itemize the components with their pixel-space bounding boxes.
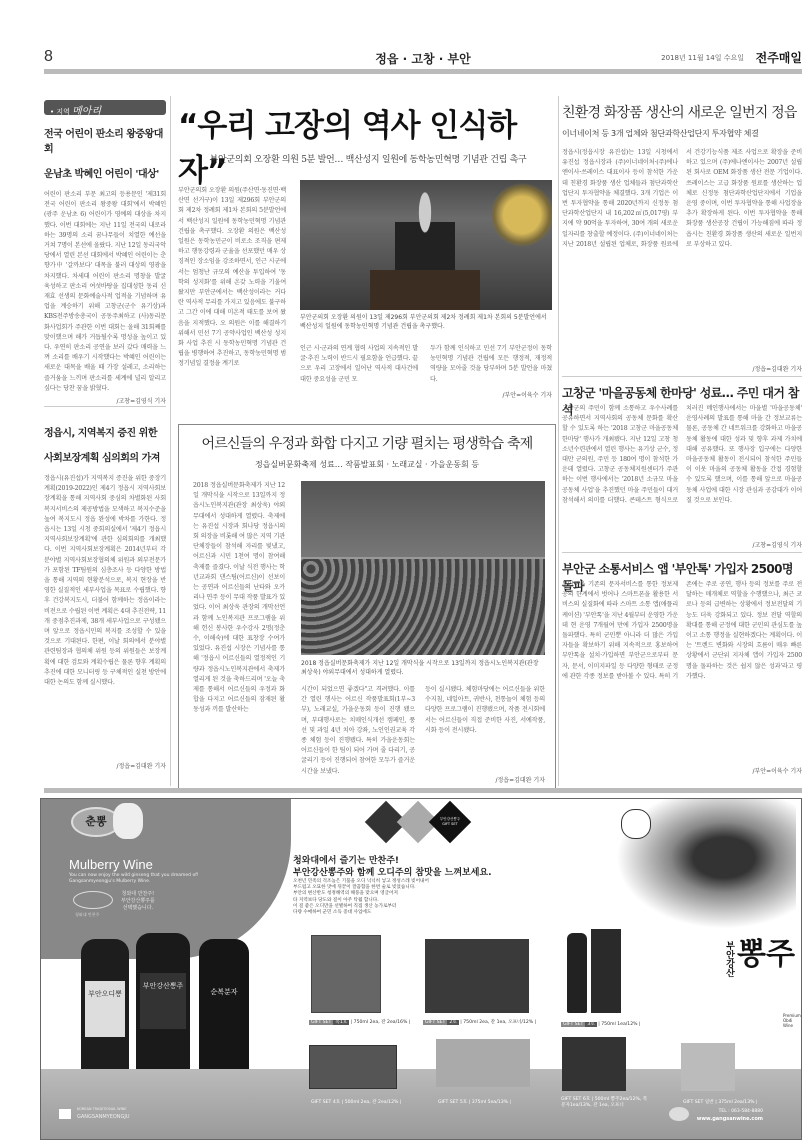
- article-body: 어린이 판소리 부문 최고의 등용문인 '제31회 전국 어린이 판소리 왕중왕…: [44, 190, 166, 396]
- article-body-col3: 등이 실시됐다. 체험마당에는 어르신들을 위한 수지침, 네일아트, 귀반사,…: [425, 685, 545, 769]
- article-box-silver-festival: 어르신들의 우정과 화합 다지고 기량 펼치는 평생학습 축제 정읍실버문화축제…: [178, 424, 556, 790]
- mascot-icon: [113, 803, 143, 839]
- podium: [370, 270, 480, 310]
- byline: /부안=이육수 기자: [690, 766, 802, 775]
- byline: /부안=이육수 기자: [430, 390, 552, 399]
- header-rule: [44, 69, 802, 74]
- article-body: 정읍시(유진섭)가 지역복지 증진을 위한 중장기 계획(2019-2022)인…: [44, 474, 166, 757]
- article-title-2: 사회보장계획 심의회의 가져: [44, 449, 166, 464]
- byline: /정읍=김대완 기자: [425, 775, 545, 784]
- article-title: 어르신들의 우정과 화합 다지고 기량 펼치는 평생학습 축제: [179, 433, 555, 453]
- article-title: 전국 어린이 판소리 왕중왕대회: [44, 125, 166, 155]
- article-body-col3: 두가 함께 인식하고 민선 7기 부안군정이 동학농민혁명 기념관 건립에 모든…: [430, 344, 552, 386]
- ad-description: 오천년 민족의 격조높은 기품을 오디 넉넉히 넣고 정성스레 빚어내어 부드럽…: [293, 879, 543, 916]
- byline: /정읍=김대완 기자: [44, 761, 166, 770]
- byline: /고창=김영식 기자: [690, 540, 802, 549]
- article-welfare: 정읍시, 지역복지 증진 위한 사회보장계획 심의회의 가져 정읍시(유진섭)가…: [44, 424, 166, 770]
- bottle-bokbunja: 순복분자: [199, 939, 249, 1081]
- mulberry-wine-advertisement: 춘뽕 Mulberry Wine You can now enjoy the w…: [40, 798, 802, 1140]
- headline: “우리 고장의 역사 인식하자”: [178, 100, 558, 190]
- giftset-5-image: [436, 1039, 530, 1087]
- issue-date: 2018년 11월 14일 수요일: [661, 53, 744, 63]
- section-tag: • 지역 메아리: [44, 100, 166, 115]
- stage-backdrop: [301, 481, 545, 559]
- emblem: [492, 180, 552, 250]
- byline: /정읍=김대완 기자: [690, 364, 802, 373]
- contact-tel: TEL : 063-584-8880: [693, 1109, 763, 1114]
- mascot-icon: [621, 809, 651, 839]
- article-body-col2: 시간이 되었으면 좋겠다"고 격려했다. 이틀간 열린 행사는 어르신 작품발표…: [301, 685, 415, 781]
- bottle-odi: 부안오디뽕: [81, 939, 129, 1081]
- photo-caption: 2018 정읍실버문화축제가 지난 12일 개막식을 시작으로 13일까지 정읍…: [301, 659, 545, 677]
- article-title-2: 운남초 박혜인 어린이 '대상': [44, 165, 166, 180]
- article-body-col1: 2018 정읍실버문화축제가 지난 12일 개막식을 시작으로 13일까지 정읍…: [193, 481, 285, 777]
- bottle-gangsan: 부안강산뽕주: [136, 933, 190, 1081]
- divider: [562, 552, 802, 553]
- article-pansori: 전국 어린이 판소리 왕중왕대회 운남초 박혜인 어린이 '대상' 어린이 판소…: [44, 125, 166, 405]
- giftset-4-image: [309, 1045, 397, 1089]
- giftset-label: GIFT SET복1호 | 750ml 2ea, 잔 2ea/16% |: [309, 1019, 410, 1025]
- page-header: 8 정읍 · 고창 · 부안 2018년 11월 14일 수요일 전주매일: [44, 48, 802, 68]
- giftset-label: GIFT SET 5호 | 375ml 5ea/13% |: [438, 1099, 511, 1105]
- company-website[interactable]: www.gangsanwine.com: [693, 1116, 763, 1122]
- article-title: 친환경 화장품 생산의 새로운 일번지 정읍: [562, 102, 802, 122]
- column-divider: [558, 96, 559, 786]
- mountain-logo-icon: [59, 1109, 71, 1119]
- divider: [44, 406, 166, 407]
- giftset-1-image: [311, 935, 381, 1013]
- divider: [562, 376, 802, 377]
- ad-headline-2: 부안강산뽕주와 함께 오디주의 참맛을 느껴보세요.: [293, 865, 492, 878]
- column-divider: [170, 96, 171, 786]
- tagline-en-1: You can now enjoy the wild ginseng that …: [69, 873, 199, 878]
- byline: /고창=김영식 기자: [44, 396, 166, 405]
- article-body: 고창군의 주민이 함께 소통하고 우수사례를 공유하면서 지역사회의 공동체 문…: [562, 404, 802, 534]
- bluehouse-text: 청와대 만찬주! 부안강산뽕주를 선택했습니다.: [121, 891, 155, 912]
- giftset-label: GIFT SET2호 | 750ml 2ea, 잔 1ea, 오프너/12% |: [423, 1019, 536, 1025]
- giftset-label: GIFT SET3호 | 750ml 1ea/12% |: [561, 1021, 641, 1027]
- giftset-label: GIFT SET 4호 | 500ml 2ea, 잔 2ea/12% |: [311, 1099, 401, 1105]
- council-member-photo: [300, 180, 552, 310]
- subheadline: 부안군의회 오장환 의원 5분 발언… 백산성지 일원에 동학농민혁명 기념관 …: [178, 152, 558, 165]
- giftset-6-image: [562, 1037, 626, 1091]
- bluehouse-emblem-icon: [73, 891, 113, 909]
- giftset-3-bottle: [567, 933, 587, 1013]
- giftset-3-box: [591, 929, 621, 1013]
- festival-photo: [301, 481, 545, 655]
- publication-name: 전주매일: [756, 49, 802, 66]
- article-subtitle: 이너네이처 등 3개 업체와 첨단과학산업단지 투자협약 체결: [562, 128, 802, 139]
- tag-label: 메아리: [72, 106, 101, 117]
- article-body-col2: 인근 시·군과의 연계 협력 사업의 지속적인 발굴·추진 노력이 반드시 필요…: [300, 344, 418, 404]
- bullet-icon: •: [50, 108, 54, 116]
- calligraphy-big: 뽕주: [737, 939, 797, 971]
- brand-name: Mulberry Wine: [69, 857, 153, 872]
- article-body: 정읍시(정읍시장 유진섭)는 13일 시청에서 유진섭 정읍시장과 (주)이너네…: [562, 148, 802, 366]
- giftset-label: GIFT SET 일반 | 375ml 2ea/13% |: [683, 1099, 758, 1105]
- photo-caption: 부안군의회 오장환 의원이 13일 제296회 부안군의회 제2차 정례회 제1…: [300, 313, 552, 331]
- company-logo-icon: [669, 1107, 689, 1121]
- giftset-label: GIFT SET 6호 | 500ml 뽕주2ea/12%, 복분자1ea/13…: [561, 1097, 651, 1109]
- giftset-2-image: [425, 939, 529, 1013]
- article-body: 부안군은 기존의 문자서비스를 통한 정보제공의 한계에서 벗어나 스마트폰을 …: [562, 580, 802, 746]
- calligraphy-small: 부안강산: [723, 941, 736, 977]
- article-body-col1: 부안군의회 오장환 의원(주산면·동진면·백산면 선거구)이 13일 제296회…: [178, 186, 286, 406]
- article-subtitle: 정읍실버문화축제 성료… 작품발표회 · 노래교실 · 가을운동회 등: [179, 459, 555, 470]
- bluehouse-label: 청와대 만찬주: [75, 912, 99, 918]
- ad-separator: [44, 788, 802, 793]
- audience: [301, 559, 545, 655]
- article-title: 정읍시, 지역복지 증진 위한: [44, 424, 166, 439]
- tagline-en-2: Gangsanmyeongju's Mulberry Wine.: [69, 879, 150, 884]
- giftset-general-image: [681, 1043, 735, 1091]
